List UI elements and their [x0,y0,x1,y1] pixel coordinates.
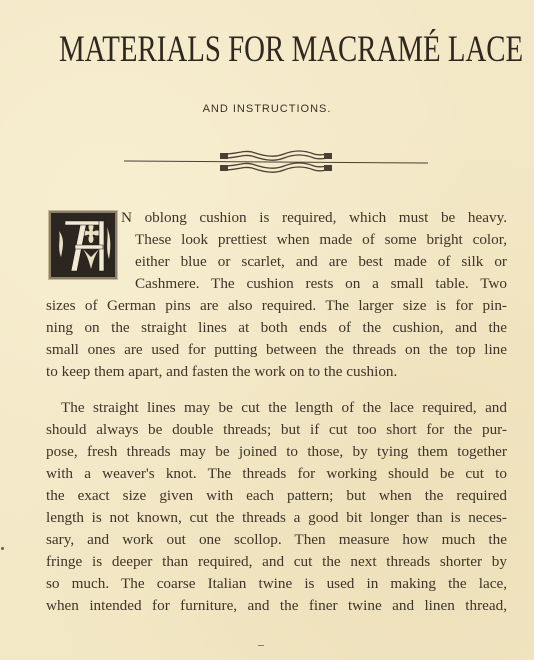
text-line: The straight lines may be cut the length… [61,397,507,419]
text-line: These look prettiest when made of some b… [135,229,507,251]
text-line: the exact size given with each pattern; … [46,485,507,507]
text-line: Cashmere. The cushion rests on a small t… [135,273,507,295]
text-line: sizes of German pins are also required. … [46,295,507,317]
page-subtitle: AND INSTRUCTIONS. [0,103,534,115]
margin-mark [1,547,4,550]
text-line: either blue or scarlet, and are best mad… [135,251,507,273]
text-line: sary, and work out one scollop. Then mea… [46,529,507,551]
text-line: small ones are used for putting between … [46,339,507,361]
floral-letter-a-icon [51,213,115,277]
ornament-rule-icon [124,146,428,176]
drop-cap-initial [49,211,117,279]
text-line: should always be double threads; but if … [46,419,507,441]
text-line: with a weaver's knot. The threads for wo… [46,463,507,485]
text-line: so much. The coarse Italian twine is use… [46,573,507,595]
text-line: pose, fresh threads may be joined to tho… [46,441,507,463]
page-title: MATERIALS FOR MACRAMÉ LACE [59,31,476,68]
text-line: to keep them apart, and fasten the work … [46,361,442,383]
book-page: MATERIALS FOR MACRAMÉ LACE AND INSTRUCTI… [0,0,534,660]
text-line: length is not known, cut the threads a g… [46,507,507,529]
text-line: ning on the straight lines at both ends … [46,317,507,339]
text-line: when intended for furniture, and the fin… [46,595,507,617]
text-line: fringe is deeper than required, and cut … [46,551,507,573]
page-mark [258,645,264,646]
text-line: N oblong cushion is required, which must… [121,207,507,229]
